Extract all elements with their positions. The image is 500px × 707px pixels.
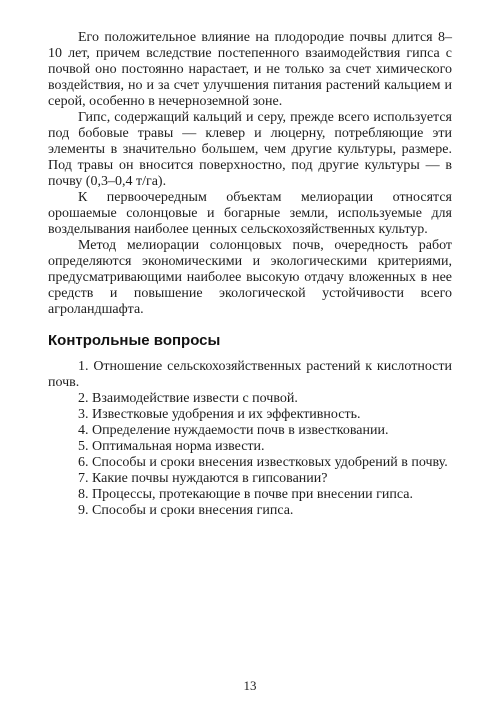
question-item-2: 2. Взаимодействие извести с почвой. [48,391,452,407]
paragraph-gypsum-effect: Его положительное влияние на плодородие … [48,30,452,110]
question-item-5: 5. Оптимальная норма извести. [48,439,452,455]
page-content: Его положительное влияние на плодородие … [48,30,452,519]
question-item-7: 7. Какие почвы нуждаются в гипсовании? [48,471,452,487]
paragraph-melioration-objects: К первоочередным объектам мелиорации отн… [48,190,452,238]
paragraph-melioration-method: Метод мелиорации солонцовых почв, очеред… [48,238,452,318]
page-number: 13 [0,678,500,694]
question-item-9: 9. Способы и сроки внесения гипса. [48,503,452,519]
question-item-6: 6. Способы и сроки внесения известковых … [48,455,452,471]
question-item-4: 4. Определение нуждаемости почв в извест… [48,423,452,439]
paragraph-gypsum-usage: Гипс, содержащий кальций и серу, прежде … [48,110,452,190]
question-item-1: 1. Отношение сельскохозяйственных растен… [48,359,452,391]
section-heading: Контрольные вопросы [48,332,452,349]
question-item-3: 3. Известковые удобрения и их эффективно… [48,407,452,423]
book-page: Его положительное влияние на плодородие … [0,0,500,707]
question-item-8: 8. Процессы, протекающие в почве при вне… [48,487,452,503]
